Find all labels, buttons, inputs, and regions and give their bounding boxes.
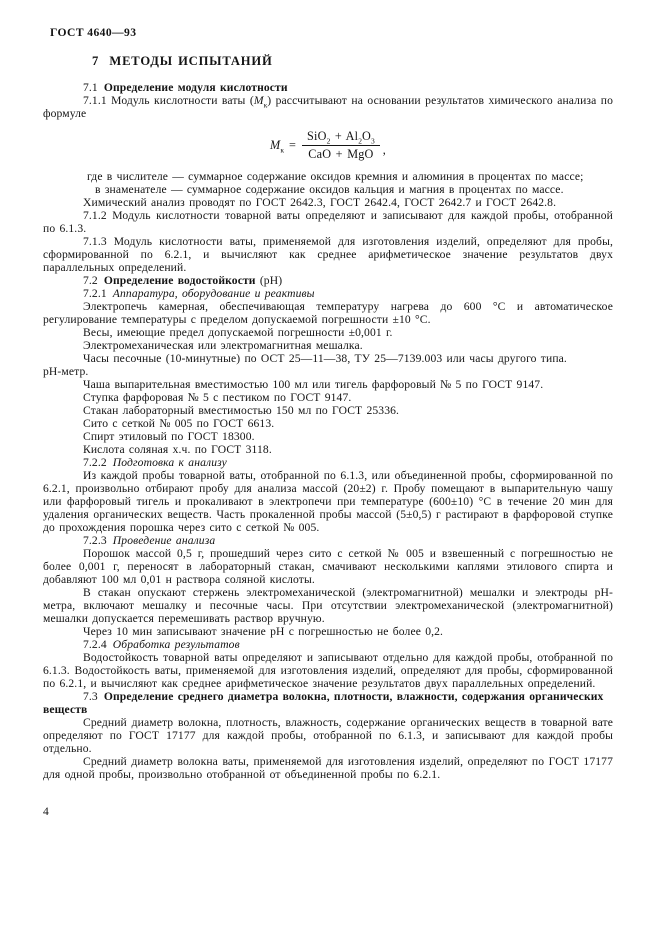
formula-variable-letter: М xyxy=(270,138,280,152)
numerator-sub-3: 3 xyxy=(371,136,375,145)
paragraph-7-1-1: 7.1.1 Модуль кислотности ваты (Мк) рассч… xyxy=(43,94,613,120)
paragraph-7-2-2-body: Из каждой пробы товарной ваты, отобранно… xyxy=(43,469,613,534)
heading-7-3: 7.3Определение среднего диаметра волокна… xyxy=(43,690,613,716)
heading-7-2-2-number: 7.2.2 xyxy=(83,456,107,469)
paragraph-7-2-3-powder: Порошок массой 0,5 г, прошедший через си… xyxy=(43,547,613,586)
apparatus-item-mixer: Электромеханическая или электромагнитная… xyxy=(43,339,613,352)
running-header-doc-code: ГОСТ 4640—93 xyxy=(50,26,136,39)
paragraph-7-2-3-stirrer: В стакан опускают стержень электромехани… xyxy=(43,586,613,625)
formula-variable-subscript: к xyxy=(280,145,284,154)
section-7-title: МЕТОДЫ ИСПЫТАНИЙ xyxy=(109,54,272,68)
apparatus-item-evaporating-dish: Чаша выпарительная вместимостью 100 мл и… xyxy=(43,378,613,391)
apparatus-item-ethanol: Спирт этиловый по ГОСТ 18300. xyxy=(43,430,613,443)
acidity-modulus-formula: Мк = SiO2 + Al2O3 CaO + MgO , xyxy=(43,129,613,162)
document-page: ГОСТ 4640—93 7 МЕТОДЫ ИСПЫТАНИЙ 7.1Опред… xyxy=(0,0,661,936)
paragraph-7-1-2: 7.1.2 Модуль кислотности товарной ваты о… xyxy=(43,209,613,235)
heading-7-2-suffix: (рН) xyxy=(260,274,282,287)
paragraph-7-2-3-ph-reading: Через 10 мин записывают значение рН с по… xyxy=(43,625,613,638)
paragraph-7-1-3: 7.1.3 Модуль кислотности ваты, применяем… xyxy=(43,235,613,274)
formula-legend-denominator: в знаменателе — суммарное содержание окс… xyxy=(43,183,613,196)
section-7-number: 7 xyxy=(92,54,99,68)
apparatus-item-scales: Весы, имеющие предел допускаемой погрешн… xyxy=(43,326,613,339)
formula-trailing-comma: , xyxy=(383,144,386,157)
apparatus-item-mortar: Ступка фарфоровая № 5 с пестиком по ГОСТ… xyxy=(43,391,613,404)
formula-fraction: SiO2 + Al2O3 CaO + MgO xyxy=(302,129,380,162)
section-7-heading: 7 МЕТОДЫ ИСПЫТАНИЙ xyxy=(43,54,613,68)
heading-7-2-4: 7.2.4Обработка результатов xyxy=(43,638,613,651)
formula-denominator: CaO + MgO xyxy=(308,146,373,162)
heading-7-2-2: 7.2.2Подготовка к анализу xyxy=(43,456,613,469)
apparatus-item-sand-clock: Часы песочные (10-минутные) по ОСТ 25—11… xyxy=(43,352,613,365)
heading-7-1-title: Определение модуля кислотности xyxy=(104,81,288,94)
formula-legend-numerator: где в числителе — суммарное содержание о… xyxy=(43,170,613,183)
heading-7-2-2-title: Подготовка к анализу xyxy=(113,456,227,469)
heading-7-2-3: 7.2.3Проведение анализа xyxy=(43,534,613,547)
heading-7-2-1-title: Аппаратура, оборудование и реактивы xyxy=(113,287,315,300)
paragraph-7-3-products-wool: Средний диаметр волокна ваты, применяемо… xyxy=(43,755,613,781)
numerator-plus-al: + Al xyxy=(330,129,358,143)
apparatus-item-hydrochloric-acid: Кислота соляная х.ч. по ГОСТ 3118. xyxy=(43,443,613,456)
paragraph-chemical-analysis: Химический анализ проводят по ГОСТ 2642.… xyxy=(43,196,613,209)
heading-7-2-4-title: Обработка результатов xyxy=(113,638,240,651)
page-number: 4 xyxy=(43,805,49,818)
heading-7-2-number: 7.2 xyxy=(83,274,98,287)
heading-7-2: 7.2Определение водостойкости (рН) xyxy=(43,274,613,287)
apparatus-item-ph-meter: рН-метр. xyxy=(43,365,613,378)
paragraph-7-1-1-text: 7.1.1 Модуль кислотности ваты ( xyxy=(83,94,254,107)
heading-7-2-1: 7.2.1Аппаратура, оборудование и реактивы xyxy=(43,287,613,300)
formula-variable: Мк xyxy=(270,139,284,152)
apparatus-item-sieve: Сито с сеткой № 005 по ГОСТ 6613. xyxy=(43,417,613,430)
heading-7-1: 7.1Определение модуля кислотности xyxy=(43,81,613,94)
formula-equals-sign: = xyxy=(289,139,296,152)
paragraph-7-3-commercial-wool: Средний диаметр волокна, плотность, влаж… xyxy=(43,716,613,755)
document-content: 7 МЕТОДЫ ИСПЫТАНИЙ 7.1Определение модуля… xyxy=(43,54,613,781)
formula-numerator: SiO2 + Al2O3 xyxy=(302,129,380,146)
heading-7-2-4-number: 7.2.4 xyxy=(83,638,107,651)
numerator-o: O xyxy=(362,129,371,143)
apparatus-item-furnace: Электропечь камерная, обеспечивающая тем… xyxy=(43,300,613,326)
paragraph-7-2-4-body: Водостойкость товарной ваты определяют и… xyxy=(43,651,613,690)
heading-7-2-1-number: 7.2.1 xyxy=(83,287,107,300)
heading-7-2-title: Определение водостойкости xyxy=(104,274,256,287)
apparatus-item-beaker: Стакан лабораторный вместимостью 150 мл … xyxy=(43,404,613,417)
heading-7-2-3-number: 7.2.3 xyxy=(83,534,107,547)
variable-mk: М xyxy=(254,94,264,107)
heading-7-3-number: 7.3 xyxy=(83,690,98,703)
heading-7-2-3-title: Проведение анализа xyxy=(113,534,215,547)
heading-7-1-number: 7.1 xyxy=(83,81,98,94)
numerator-sio: SiO xyxy=(307,129,327,143)
heading-7-3-title: Определение среднего диаметра волокна, п… xyxy=(43,690,603,716)
